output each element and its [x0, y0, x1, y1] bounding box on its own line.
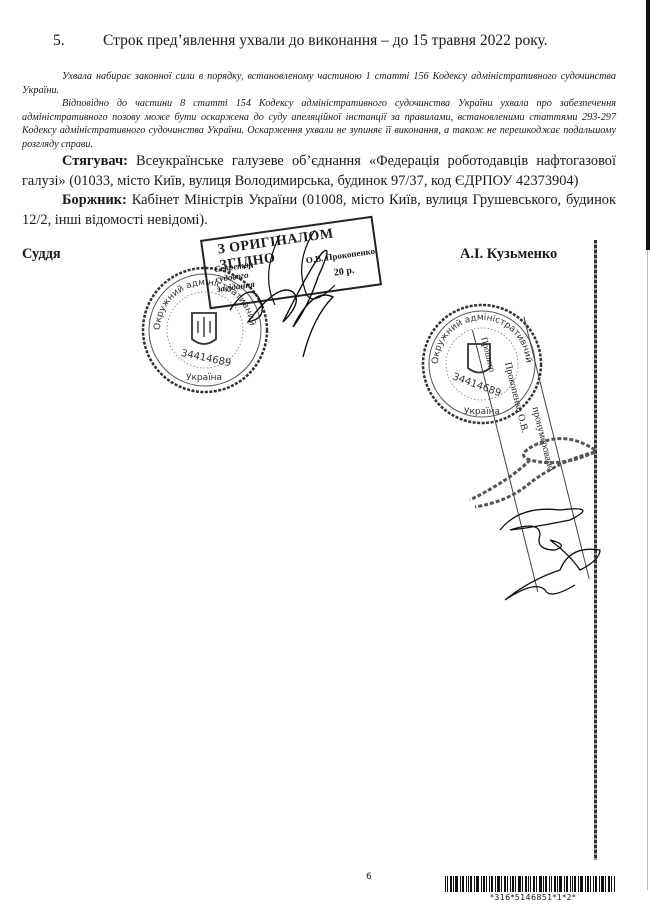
- legal-notes: Ухвала набирає законної сили в порядку, …: [22, 70, 616, 152]
- strip-line1: Прошито: [479, 336, 497, 373]
- parties-block: Стягувач: Всеукраїнське галузеве об’єдна…: [22, 152, 616, 230]
- note-appeal: Відповідно до частини 8 статті 154 Кодек…: [22, 97, 616, 151]
- claimant-paragraph: Стягувач: Всеукраїнське галузеве об’єдна…: [22, 152, 616, 191]
- page-number: 6: [366, 872, 372, 882]
- item-number: 5.: [53, 32, 103, 50]
- judge-label: Суддя: [22, 246, 61, 263]
- barcode-icon: [445, 876, 615, 892]
- scan-edge-line: [647, 250, 648, 890]
- item-text: Строк пред’явлення ухвали до виконання –…: [103, 32, 548, 49]
- signature-icon: [490, 500, 610, 610]
- document-page: 5.Строк пред’явлення ухвали до виконання…: [0, 0, 650, 911]
- secretary-signature: [490, 500, 610, 615]
- claimant-label: Стягувач:: [62, 153, 128, 169]
- debtor-label: Боржник:: [62, 192, 127, 208]
- note-effect: Ухвала набирає законної сили в порядку, …: [22, 70, 616, 97]
- svg-text:Україна: Україна: [186, 373, 222, 383]
- item-5: 5.Строк пред’явлення ухвали до виконання…: [53, 32, 548, 50]
- scan-edge: [646, 0, 650, 250]
- judge-name: А.І. Кузьменко: [460, 246, 557, 263]
- thread-knot-icon: [460, 420, 610, 510]
- barcode-text: *316*5146851*1*2*: [490, 893, 576, 902]
- signature-icon: [220, 230, 370, 380]
- judge-signature: [220, 230, 370, 385]
